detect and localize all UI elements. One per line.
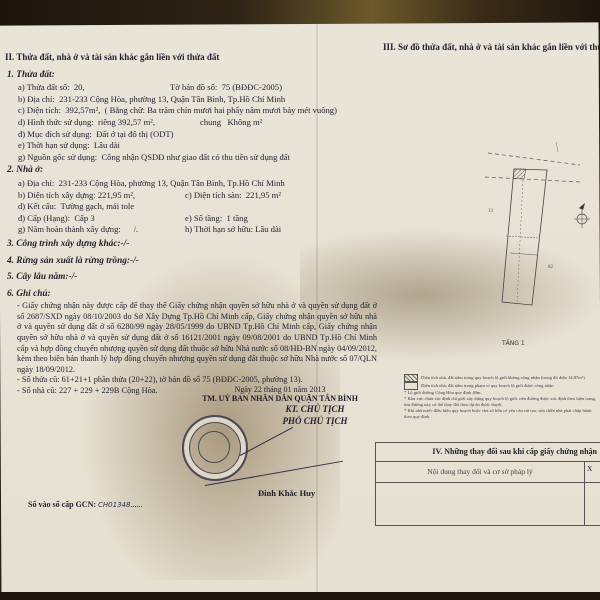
section-iv-title: IV. Những thay đổi sau khi cấp giấy chứn… <box>376 443 600 462</box>
neighbor-right-label: 82 <box>548 265 554 270</box>
perennial-trees: 5. Cây lâu năm:-/- <box>7 272 377 284</box>
label: a) Thửa đất số: <box>18 82 70 92</box>
table-cell <box>376 483 585 525</box>
desk-background-bottom <box>0 592 600 600</box>
signer-role-1: KT. CHỦ TỊCH <box>250 403 380 415</box>
table-cell <box>585 483 600 525</box>
other-construction: 3. Công trình xây dựng khác:-/- <box>7 239 377 251</box>
section-iii: III. Sơ đồ thửa đất, nhà ở và tài sản kh… <box>383 42 600 58</box>
column-header-confirm: X <box>585 462 600 482</box>
house-address-row: a) Địa chỉ: 231-233 Cộng Hòa, phường 13,… <box>5 178 377 190</box>
issue-date: Ngày 22 tháng 01 năm 2013 <box>180 385 380 394</box>
land-area-row: c) Diện tích: 392,57m², ( Bằng chữ: Ba t… <box>5 105 377 117</box>
production-forest: 4. Rừng sản xuất là rừng trồng:-/- <box>7 256 377 268</box>
grade-row: đ) Cấp (Hạng): Cấp 3 e) Số tầng: 1 tầng <box>5 213 377 225</box>
official-seal-icon <box>182 415 248 481</box>
changes-table: IV. Những thay đổi sau khi cấp giấy chứn… <box>375 442 600 526</box>
section-ii-title: II. Thửa đất, nhà ở và tài sản khác gắn … <box>5 52 377 64</box>
land-address-row: b) Địa chỉ: 231-233 Cộng Hòa, phường 13,… <box>5 94 377 106</box>
legend-item: Diện tích nhà, đất nằm trong quy hoạch l… <box>404 374 600 382</box>
column-header-content: Nội dung thay đổi và cơ sở pháp lý <box>376 462 585 482</box>
purpose-row: đ) Mục đích sử dụng: Đất ở tại đô thị (O… <box>5 129 377 141</box>
neighbor-left-label: 13 <box>488 209 494 214</box>
issuing-authority: TM. UỶ BAN NHÂN DÂN QUẬN TÂN BÌNH <box>180 394 380 403</box>
land-heading: 1. Thửa đất: <box>7 70 377 82</box>
built-area-row: b) Diện tích xây dựng: 221,95 m², c) Diệ… <box>5 190 377 202</box>
value: 20, <box>74 82 85 92</box>
notes-heading: 6. Ghi chú: <box>7 289 377 301</box>
notes-paragraph: - Giấy chứng nhận này được cấp để thay t… <box>17 301 377 375</box>
section-ii: II. Thửa đất, nhà ở và tài sản khác gắn … <box>5 52 377 397</box>
signer-name: Đinh Khắc Huy <box>258 488 315 498</box>
parcel-number-row: a) Thửa đất số: 20, Tờ bản đồ số: 75 (BĐ… <box>5 82 377 94</box>
house-heading: 2. Nhà ở: <box>7 165 377 177</box>
use-form-row: d) Hình thức sử dụng: riêng 392,57 m², c… <box>5 117 377 129</box>
origin-row: g) Nguồn gốc sử dụng: Công nhận QSDĐ như… <box>5 152 377 164</box>
legend-item: * Khi nhà nước điều hiệu quy hoạch hoặc … <box>404 408 600 420</box>
registry-number: Số vào sổ cấp GCN: CH01348...... <box>28 500 142 509</box>
map-sheet: Tờ bản đồ số: 75 (BĐĐC-2005) <box>170 82 282 94</box>
term-row: e) Thời hạn sử dụng: Lâu dài <box>5 140 377 152</box>
north-arrow-icon <box>574 203 590 228</box>
plan-legend: Diện tích nhà, đất nằm trong quy hoạch l… <box>404 374 600 420</box>
legend-item: * Khu vực chưa xác định chỉ giới xây dựn… <box>404 396 600 408</box>
floor-label: TẦNG 1 <box>501 339 525 347</box>
legend-item: Diện tích nhà, đất nằm trong phạm vi quy… <box>404 382 600 390</box>
structure-row: d) Kết cấu: Tường gạch, mái tole <box>5 201 377 213</box>
section-iii-title: III. Sơ đồ thửa đất, nhà ở và tài sản kh… <box>383 42 600 52</box>
signer-role-2: PHÓ CHỦ TỊCH <box>250 415 380 427</box>
floor-plan-diagram: 13 82 TẦNG 1 <box>440 140 600 350</box>
notes-body: - Giấy chứng nhận này được cấp để thay t… <box>5 301 377 396</box>
year-built-row: g) Năm hoàn thành xây dựng: /. h) Thời h… <box>5 224 377 236</box>
